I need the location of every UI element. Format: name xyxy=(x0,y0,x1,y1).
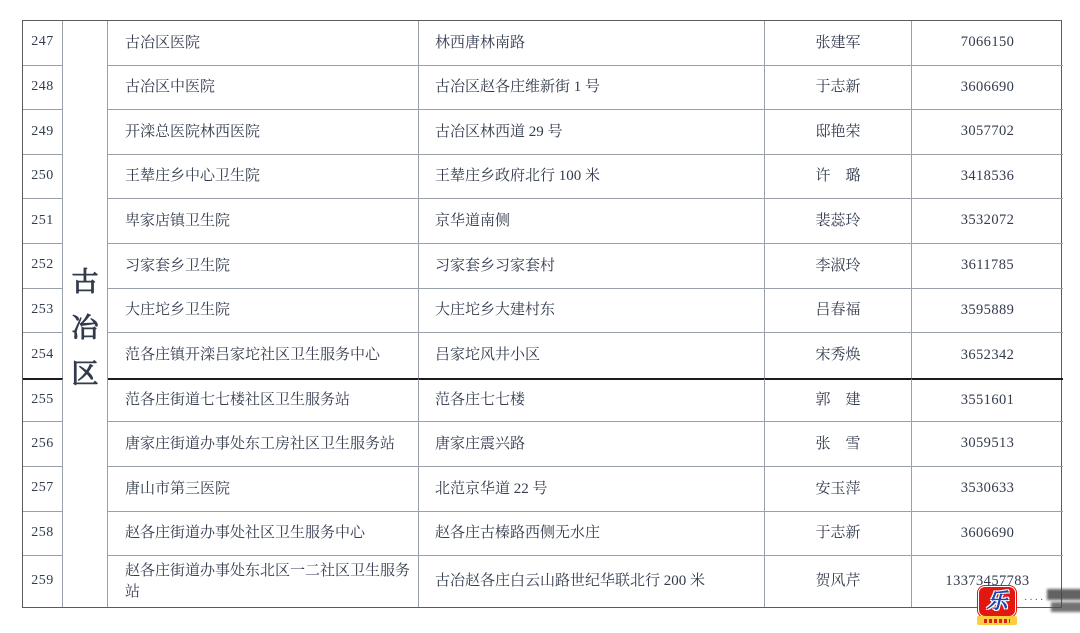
phone-number-cell: 3551601 xyxy=(912,378,1063,423)
address-cell: 唐家庄震兴路 xyxy=(419,422,765,467)
district-label-char: 区 xyxy=(72,351,99,397)
contact-person-cell: 郭 建 xyxy=(765,378,912,423)
row-number-cell: 252 xyxy=(23,244,63,289)
facility-name-cell: 唐山市第三医院 xyxy=(108,467,419,512)
row-number-cell: 249 xyxy=(23,110,63,155)
contact-person-cell: 贺风芹 xyxy=(765,556,912,607)
row-number-cell: 255 xyxy=(23,378,63,423)
contact-person-cell: 宋秀焕 xyxy=(765,333,912,378)
phone-number-cell: 3652342 xyxy=(912,333,1063,378)
phone-number-cell: 3530633 xyxy=(912,467,1063,512)
address-cell: 古冶赵各庄白云山路世纪华联北行 200 米 xyxy=(419,556,765,607)
facility-name-cell: 唐家庄街道办事处东工房社区卫生服务站 xyxy=(108,422,419,467)
row-number-cell: 253 xyxy=(23,289,63,334)
row-number-cell: 257 xyxy=(23,467,63,512)
le-logo-glyph: 乐 xyxy=(987,591,1008,612)
contact-person-cell: 张建军 xyxy=(765,21,912,66)
health-facilities-table: 古冶区 247 古冶区医院 林西唐林南路 张建军 7066150 248 古冶区… xyxy=(22,20,1062,608)
logo-ribbon xyxy=(977,616,1017,625)
district-label-char: 冶 xyxy=(72,305,99,351)
row-number-cell: 259 xyxy=(23,556,63,607)
logo-ribbon-text xyxy=(984,619,1010,623)
facility-name-cell: 赵各庄街道办事处社区卫生服务中心 xyxy=(108,512,419,557)
contact-person-cell: 许 璐 xyxy=(765,155,912,200)
address-cell: 范各庄七七楼 xyxy=(419,378,765,423)
phone-number-cell: 3532072 xyxy=(912,199,1063,244)
row-number-cell: 250 xyxy=(23,155,63,200)
contact-person-cell: 吕春福 xyxy=(765,289,912,334)
phone-number-cell: 3606690 xyxy=(912,66,1063,111)
contact-person-cell: 于志新 xyxy=(765,512,912,557)
row-number-cell: 256 xyxy=(23,422,63,467)
facility-name-cell: 古冶区医院 xyxy=(108,21,419,66)
address-cell: 京华道南侧 xyxy=(419,199,765,244)
contact-person-cell: 安玉萍 xyxy=(765,467,912,512)
address-cell: 王辇庄乡政府北行 100 米 xyxy=(419,155,765,200)
facility-name-cell: 卑家店镇卫生院 xyxy=(108,199,419,244)
phone-number-cell: 3595889 xyxy=(912,289,1063,334)
address-cell: 林西唐林南路 xyxy=(419,21,765,66)
contact-person-cell: 张 雪 xyxy=(765,422,912,467)
facility-name-cell: 范各庄镇开滦吕家坨社区卫生服务中心 xyxy=(108,333,419,378)
district-label-char: 古 xyxy=(72,259,99,305)
address-cell: 习家套乡习家套村 xyxy=(419,244,765,289)
document-page: 古冶区 247 古冶区医院 林西唐林南路 张建军 7066150 248 古冶区… xyxy=(0,0,1080,633)
phone-number-cell: 3606690 xyxy=(912,512,1063,557)
phone-number-cell: 7066150 xyxy=(912,21,1063,66)
address-cell: 大庄坨乡大建村东 xyxy=(419,289,765,334)
facility-name-cell: 赵各庄街道办事处东北区一二社区卫生服务站 xyxy=(108,556,419,607)
district-merged-cell: 古冶区 xyxy=(63,21,108,607)
contact-person-cell: 李淑玲 xyxy=(765,244,912,289)
row-number-cell: 247 xyxy=(23,21,63,66)
contact-person-cell: 裴蕊玲 xyxy=(765,199,912,244)
le-logo-icon: 乐 xyxy=(978,586,1016,617)
watermark-dots: ···· xyxy=(1024,595,1045,606)
contact-person-cell: 邸艳荣 xyxy=(765,110,912,155)
watermark-smudge xyxy=(1051,602,1080,612)
address-cell: 赵各庄古榛路西侧无水庄 xyxy=(419,512,765,557)
facility-name-cell: 王辇庄乡中心卫生院 xyxy=(108,155,419,200)
row-number-cell: 258 xyxy=(23,512,63,557)
phone-number-cell: 3059513 xyxy=(912,422,1063,467)
address-cell: 古冶区林西道 29 号 xyxy=(419,110,765,155)
facility-name-cell: 开滦总医院林西医院 xyxy=(108,110,419,155)
row-number-cell: 251 xyxy=(23,199,63,244)
phone-number-cell: 3057702 xyxy=(912,110,1063,155)
facility-name-cell: 古冶区中医院 xyxy=(108,66,419,111)
address-cell: 吕家坨风井小区 xyxy=(419,333,765,378)
phone-number-cell: 3611785 xyxy=(912,244,1063,289)
address-cell: 古冶区赵各庄维新街 1 号 xyxy=(419,66,765,111)
phone-number-cell: 3418536 xyxy=(912,155,1063,200)
address-cell: 北范京华道 22 号 xyxy=(419,467,765,512)
facility-name-cell: 习家套乡卫生院 xyxy=(108,244,419,289)
row-number-cell: 248 xyxy=(23,66,63,111)
facility-name-cell: 范各庄街道七七楼社区卫生服务站 xyxy=(108,378,419,423)
row-number-cell: 254 xyxy=(23,333,63,378)
facility-name-cell: 大庄坨乡卫生院 xyxy=(108,289,419,334)
contact-person-cell: 于志新 xyxy=(765,66,912,111)
app-logo-watermark: 乐 xyxy=(978,586,1024,625)
watermark-smudge xyxy=(1047,589,1080,600)
